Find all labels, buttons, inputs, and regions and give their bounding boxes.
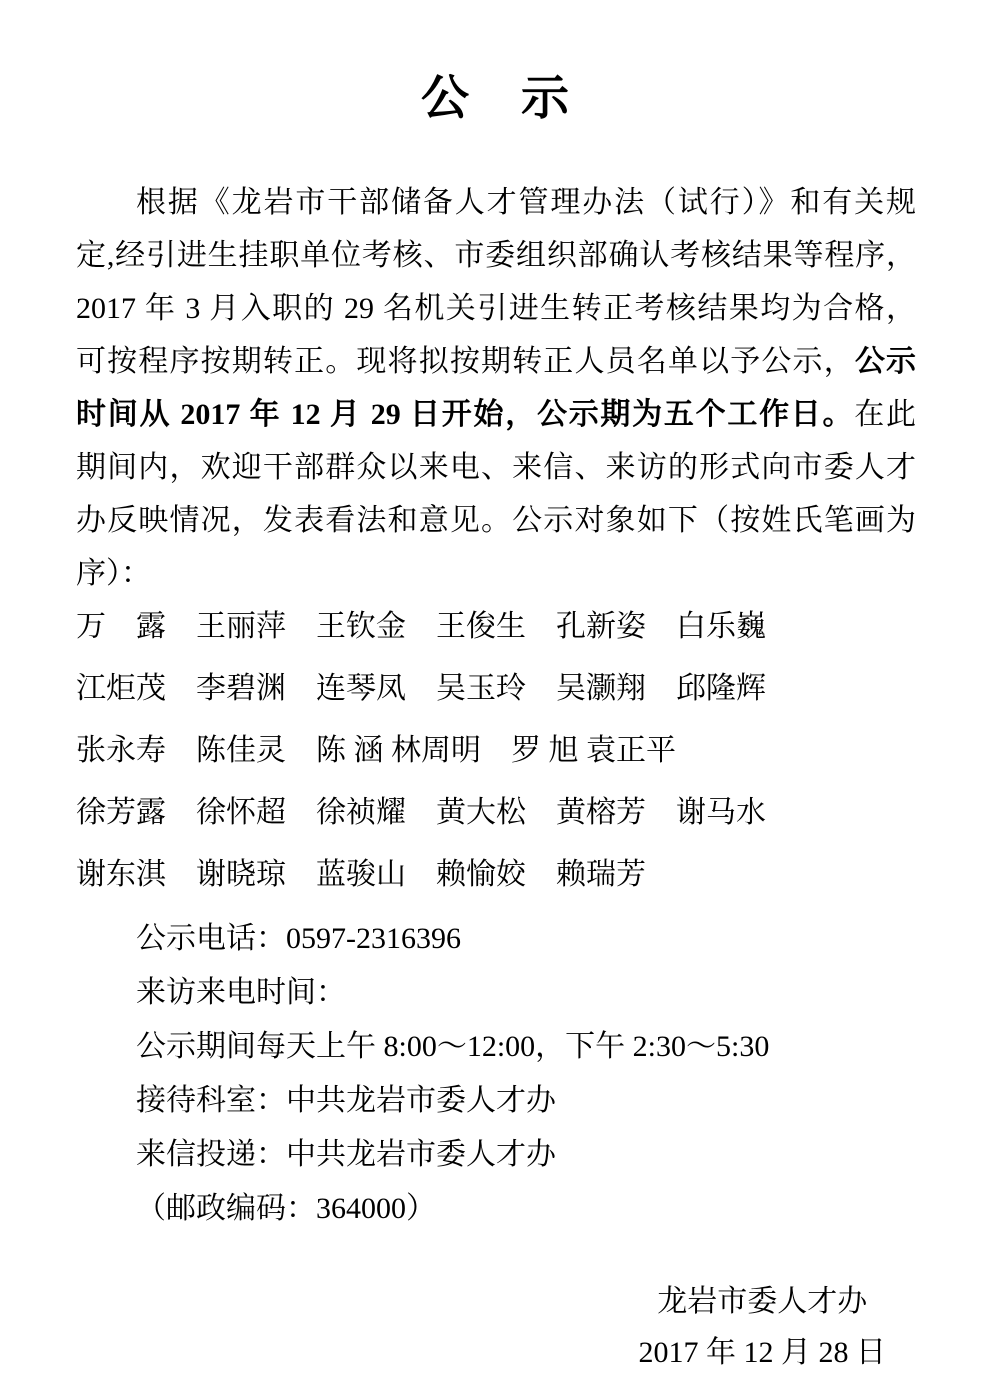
notice-title: 公 示 bbox=[0, 0, 992, 136]
notice-body: 根据《龙岩市干部储备人才管理办法（试行）》和有关规 定,经引进生挂职单位考核、市… bbox=[76, 176, 916, 600]
name-list: 万 露 王丽萍 王钦金 王俊生 孔新姿 白乐巍 江炬茂 李碧渊 连琴凤 吴玉玲 … bbox=[76, 596, 916, 906]
paragraph-line-8: 序）： bbox=[76, 547, 916, 600]
paragraph-line-4-bold: 公示 bbox=[855, 345, 916, 378]
paragraph-line-4-normal: 可按程序按期转正。现将拟按期转正人员名单以予公示， bbox=[76, 345, 855, 378]
paragraph-line-6: 期间内，欢迎干部群众以来电、来信、来访的形式向市委人才 bbox=[76, 441, 916, 494]
name-list-row-3: 张永寿 陈佳灵 陈 涵 林周明 罗 旭 袁正平 bbox=[76, 720, 916, 782]
postcode-line: （邮政编码：364000） bbox=[136, 1182, 916, 1236]
mail-line: 来信投递：中共龙岩市委人才办 bbox=[136, 1128, 916, 1182]
reception-line: 接待科室：中共龙岩市委人才办 bbox=[136, 1074, 916, 1128]
paragraph-line-7: 办反映情况，发表看法和意见。公示对象如下（按姓氏笔画为 bbox=[76, 494, 916, 547]
name-list-row-5: 谢东淇 谢晓琼 蓝骏山 赖愉姣 赖瑞芳 bbox=[76, 844, 916, 906]
signature-block: 龙岩市委人才办 2017 年 12 月 28 日 bbox=[639, 1276, 887, 1378]
visit-time-label: 来访来电时间： bbox=[136, 966, 916, 1020]
paragraph-line-2: 定,经引进生挂职单位考核、市委组织部确认考核结果等程序， bbox=[76, 229, 916, 282]
signature-date: 2017 年 12 月 28 日 bbox=[639, 1327, 887, 1378]
signature-org: 龙岩市委人才办 bbox=[639, 1276, 887, 1327]
visit-time-detail: 公示期间每天上午 8:00～12:00，下午 2:30～5:30 bbox=[136, 1020, 916, 1074]
paragraph-line-1: 根据《龙岩市干部储备人才管理办法（试行）》和有关规 bbox=[76, 176, 916, 229]
document-page: 公 示 根据《龙岩市干部储备人才管理办法（试行）》和有关规 定,经引进生挂职单位… bbox=[0, 0, 992, 1380]
paragraph-line-5: 时间从 2017 年 12 月 29 日开始，公示期为五个工作日。在此 bbox=[76, 388, 916, 441]
name-list-row-2: 江炬茂 李碧渊 连琴凤 吴玉玲 吴灏翔 邱隆辉 bbox=[76, 658, 916, 720]
paragraph-line-5-normal: 在此 bbox=[854, 398, 916, 431]
contact-section: 公示电话：0597-2316396 来访来电时间： 公示期间每天上午 8:00～… bbox=[76, 912, 916, 1236]
name-list-row-4: 徐芳露 徐怀超 徐祯耀 黄大松 黄榕芳 谢马水 bbox=[76, 782, 916, 844]
paragraph-line-3: 2017 年 3 月入职的 29 名机关引进生转正考核结果均为合格， bbox=[76, 282, 916, 335]
paragraph-line-4: 可按程序按期转正。现将拟按期转正人员名单以予公示，公示 bbox=[76, 335, 916, 388]
paragraph-line-5-bold: 时间从 2017 年 12 月 29 日开始，公示期为五个工作日。 bbox=[76, 398, 854, 431]
phone-line: 公示电话：0597-2316396 bbox=[136, 912, 916, 966]
name-list-row-1: 万 露 王丽萍 王钦金 王俊生 孔新姿 白乐巍 bbox=[76, 596, 916, 658]
